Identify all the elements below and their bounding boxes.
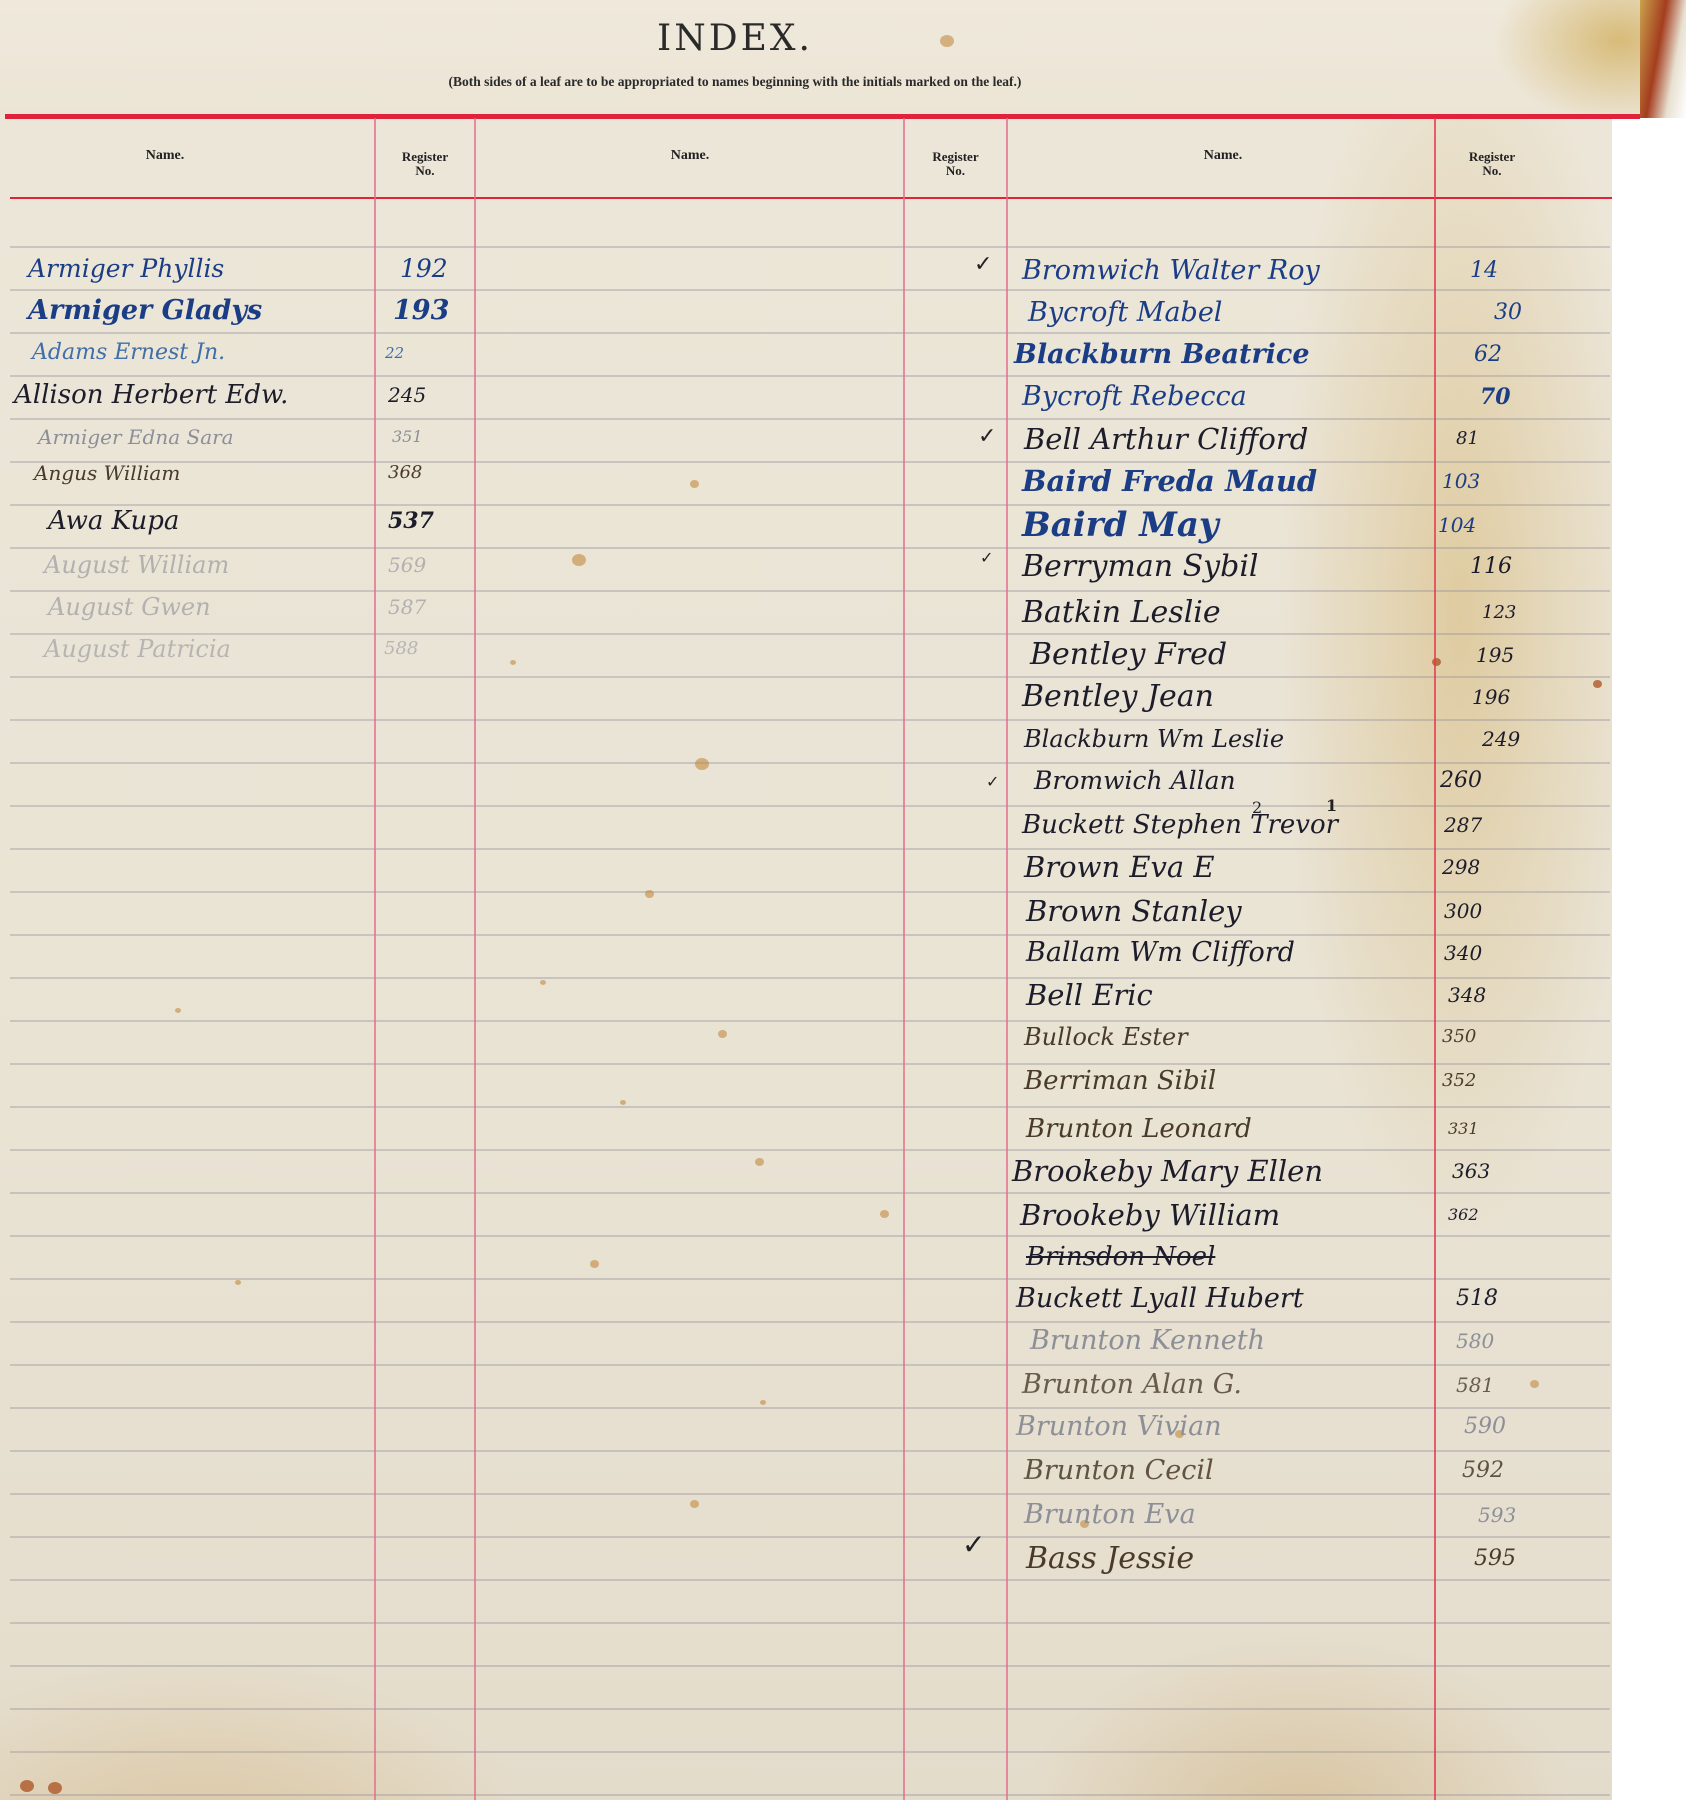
list-item: Buckett Stephen Trevor 287 [1022, 804, 1582, 846]
register-label: Register [1436, 150, 1548, 164]
list-item: Brunton Alan G. 581 [1022, 1364, 1582, 1406]
entry-name: Brunton Cecil [1024, 1450, 1214, 1492]
entry-name: Armiger Gladys [28, 290, 262, 332]
entry-register-no: 588 [384, 628, 418, 670]
col1-name-header: Name. [100, 148, 230, 163]
col1-register-header: Register No. [376, 150, 474, 178]
list-item: Bycroft Rebecca 70 [1022, 376, 1582, 418]
entry-name: Brunton Leonard [1026, 1108, 1252, 1150]
entry-name: Brookeby Mary Ellen [1012, 1150, 1323, 1192]
entry-register-no: 14 [1470, 250, 1498, 292]
entry-name: Bentley Fred [1030, 634, 1227, 676]
entry-name-struck-through: Brinsdon Noel [1026, 1236, 1215, 1278]
entry-register-no: 260 [1440, 760, 1482, 802]
entry-name: Bromwich Walter Roy [1022, 250, 1320, 292]
entry-name: Ballam Wm Clifford [1026, 932, 1295, 974]
list-item: Bass Jessie 595 [1026, 1538, 1586, 1580]
list-item: Brookeby Mary Ellen 363 [1012, 1150, 1572, 1192]
col3-name-header: Name. [1158, 148, 1288, 163]
entry-register-no: 581 [1456, 1364, 1494, 1406]
list-item: Bentley Jean 196 [1022, 676, 1582, 718]
entry-register-no: 593 [1478, 1494, 1516, 1536]
register-label: Register [905, 150, 1006, 164]
entry-register-no: 62 [1474, 334, 1502, 376]
col3-register-header: Register No. [1436, 150, 1548, 178]
list-item: Armiger Gladys 193 [28, 290, 468, 332]
entry-register-no: 340 [1444, 932, 1482, 974]
register-no-label: No. [1436, 164, 1548, 178]
page-title: INDEX. [0, 18, 1470, 59]
col2-name-header: Name. [625, 148, 755, 163]
list-item: Bycroft Mabel 30 [1028, 292, 1588, 334]
list-item: Brinsdon Noel [1026, 1236, 1586, 1278]
entry-register-no: 195 [1476, 634, 1514, 676]
register-no-label: No. [905, 164, 1006, 178]
list-item: Baird Freda Maud 103 [1022, 460, 1582, 502]
entry-register-no: 81 [1456, 418, 1479, 460]
list-item: Blackburn Beatrice 62 [1014, 334, 1574, 376]
entry-name: Bullock Ester [1024, 1016, 1188, 1058]
entry-register-no: 287 [1444, 804, 1482, 846]
column-divider-3 [903, 118, 905, 1800]
list-item: Buckett Lyall Hubert 518 [1016, 1278, 1576, 1320]
entry-name: Brown Stanley [1026, 890, 1242, 932]
entry-register-no: 245 [388, 374, 426, 416]
column-divider-2 [474, 118, 476, 1800]
list-item: August William 569 [44, 544, 484, 586]
col2-register-header: Register No. [905, 150, 1006, 178]
list-item: Bell Arthur Clifford 81 [1024, 418, 1584, 460]
list-item: Brown Eva E 298 [1024, 846, 1584, 888]
list-item: Bromwich Walter Roy 14 [1022, 250, 1582, 292]
list-item: Bromwich Allan 260 [1034, 760, 1594, 802]
entry-register-no: 70 [1480, 376, 1511, 418]
list-item: August Patricia 588 [44, 628, 484, 670]
entry-name: Allison Herbert Edw. [14, 374, 288, 416]
entry-name: Brookeby William [1020, 1194, 1280, 1236]
entry-register-no: 352 [1442, 1060, 1476, 1102]
entry-name: Awa Kupa [48, 500, 179, 542]
entry-name: Buckett Stephen Trevor [1022, 804, 1338, 846]
entry-name: Brunton Vivian [1016, 1406, 1222, 1448]
list-item: Baird May 104 [1022, 504, 1582, 546]
entry-register-no: 192 [400, 248, 448, 290]
entry-register-no: 331 [1448, 1108, 1479, 1150]
list-item: Adams Ernest Jn. 22 [32, 332, 472, 374]
register-no-label: No. [376, 164, 474, 178]
entry-name: Blackburn Wm Leslie [1024, 718, 1284, 760]
column-divider-4 [1006, 118, 1008, 1800]
entry-name: Baird Freda Maud [1022, 460, 1317, 502]
list-item: Bentley Fred 195 [1030, 634, 1590, 676]
entry-name: Bentley Jean [1022, 676, 1214, 718]
check-mark-icon: ✓ [978, 424, 996, 449]
check-mark-icon: ✓ [974, 252, 992, 277]
list-item: Bell Eric 348 [1026, 974, 1586, 1016]
entry-register-no: 363 [1452, 1150, 1490, 1192]
entry-name: Armiger Phyllis [28, 248, 224, 290]
entry-register-no: 300 [1444, 890, 1482, 932]
entry-name: Brown Eva E [1024, 846, 1215, 888]
entry-register-no: 123 [1482, 592, 1516, 634]
entry-name: Blackburn Beatrice [1014, 334, 1310, 376]
list-item: Armiger Phyllis 192 [28, 248, 468, 290]
entry-register-no: 30 [1494, 292, 1522, 334]
entry-name: Berryman Sybil [1022, 546, 1259, 588]
page-instructions: (Both sides of a leaf are to be appropri… [0, 74, 1470, 90]
list-item: Brunton Vivian 590 [1016, 1406, 1576, 1448]
list-item: Brunton Cecil 592 [1024, 1450, 1584, 1492]
entry-name: August William [44, 544, 229, 586]
list-item: Brown Stanley 300 [1026, 890, 1586, 932]
list-item: Brunton Leonard 331 [1026, 1108, 1586, 1150]
entry-register-no: 595 [1474, 1538, 1516, 1580]
entry-name: Buckett Lyall Hubert [1016, 1278, 1304, 1320]
top-red-rule [5, 114, 1640, 119]
entry-register-no: 518 [1456, 1278, 1498, 1320]
list-item: Bullock Ester 350 [1024, 1016, 1584, 1058]
entry-register-no: 590 [1464, 1406, 1506, 1448]
list-item: Brunton Kenneth 580 [1030, 1320, 1590, 1362]
list-item: Batkin Leslie 123 [1022, 592, 1582, 634]
entry-name: Batkin Leslie [1022, 592, 1221, 634]
check-mark-icon: ✓ [980, 548, 993, 567]
entry-register-no: 587 [388, 586, 426, 628]
entry-name: Bromwich Allan [1034, 760, 1236, 802]
list-item: Brunton Eva 593 [1024, 1494, 1584, 1536]
list-item: Allison Herbert Edw. 245 [14, 374, 474, 416]
entry-register-no: 249 [1482, 718, 1520, 760]
entry-register-no: 348 [1448, 974, 1486, 1016]
entry-register-no: 569 [388, 544, 426, 586]
entry-register-no: 116 [1470, 546, 1512, 588]
superscript-annotation: 1 [1326, 796, 1337, 815]
entry-name: August Patricia [44, 628, 231, 670]
entry-name: Brunton Kenneth [1030, 1320, 1265, 1362]
entry-register-no: 193 [393, 290, 449, 332]
entry-name: Angus William [34, 452, 180, 494]
list-item: August Gwen 587 [48, 586, 488, 628]
torn-corner [1640, 0, 1686, 118]
entry-register-no: 368 [388, 452, 422, 494]
superscript-annotation: 2 [1252, 798, 1262, 817]
entry-name: Berriman Sibil [1024, 1060, 1216, 1102]
entry-name: Baird May [1022, 504, 1219, 546]
list-item: Ballam Wm Clifford 340 [1026, 932, 1586, 974]
entry-name: Adams Ernest Jn. [32, 332, 225, 374]
entry-register-no: 350 [1442, 1016, 1476, 1058]
entry-register-no: 22 [385, 332, 404, 374]
header-bottom-rule [10, 197, 1612, 199]
entry-name: Brunton Alan G. [1022, 1364, 1242, 1406]
entry-register-no: 362 [1448, 1194, 1479, 1236]
entry-register-no: 104 [1438, 504, 1476, 546]
entry-register-no: 196 [1472, 676, 1510, 718]
entry-register-no: 592 [1462, 1450, 1504, 1492]
entry-name: Bass Jessie [1026, 1538, 1194, 1580]
entry-register-no: 103 [1442, 460, 1480, 502]
entry-name: Bycroft Mabel [1028, 292, 1222, 334]
list-item: Blackburn Wm Leslie 249 [1024, 718, 1584, 760]
entry-name: Brunton Eva [1024, 1494, 1196, 1536]
entry-name: August Gwen [48, 586, 211, 628]
ledger-page: INDEX. (Both sides of a leaf are to be a… [0, 0, 1686, 1800]
entry-register-no: 537 [388, 500, 434, 542]
entry-register-no: 298 [1442, 846, 1480, 888]
list-item: Awa Kupa 537 [48, 500, 488, 542]
entry-name: Bell Arthur Clifford [1024, 418, 1308, 460]
entry-name: Bell Eric [1026, 974, 1153, 1016]
check-mark-icon: ✓ [962, 1528, 985, 1561]
register-label: Register [376, 150, 474, 164]
list-item: Berriman Sibil 352 [1024, 1060, 1584, 1102]
list-item: Angus William 368 [34, 452, 474, 494]
list-item: Brookeby William 362 [1020, 1194, 1580, 1236]
entry-name: Bycroft Rebecca [1022, 376, 1247, 418]
check-mark-icon: ✓ [986, 772, 999, 791]
list-item: Berryman Sybil 116 [1022, 546, 1582, 588]
entry-register-no: 580 [1456, 1320, 1494, 1362]
